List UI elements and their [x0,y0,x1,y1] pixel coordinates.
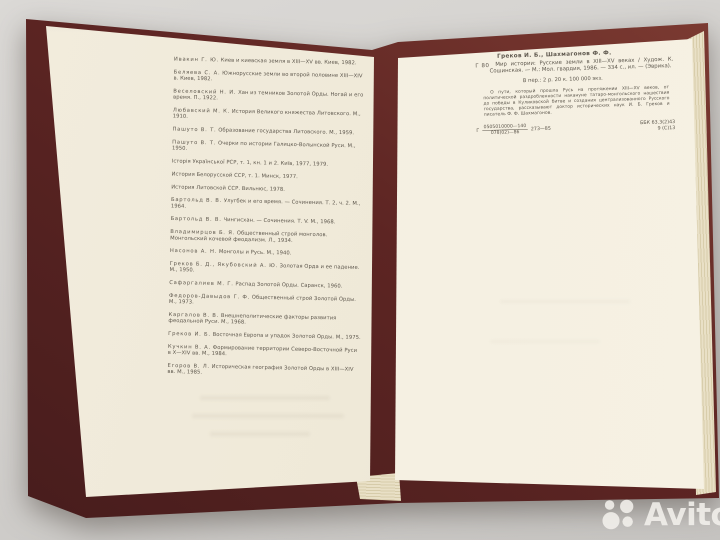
bibliography-author: Веселовский Н. И. [173,88,236,95]
bibliography-author: Федоров-Давыдов Г. Ф. [169,292,250,300]
bibliography-entry: Любавский М. К. История Великого княжест… [173,107,366,123]
bibliography-entry: Беляева С. А. Южнорусские земли во второ… [173,69,366,85]
bibliography-author: Владимирцов Б. Я. [170,229,235,236]
catalog-suffix: 273—85 [531,126,551,132]
bibliography-author: Кучкин В. А. [168,343,211,350]
bibliography-entry: Пашуто В. Т. Образование государства Лит… [172,126,365,136]
imprint-block: Греков И. Б., Шахмагонов Ф. Ф. Г 80 Мир … [474,47,681,137]
catalog-code-left: Г 0505010000—140 078(02)—86 273—85 [476,123,551,136]
bibliography-list: Ивакин Г. Ю. Киев и киевская земля в XII… [167,56,367,386]
bibliography-author: Каргалов В. В. [169,312,220,319]
bibliography-entry: Історія Української РСР, т. 1, кн. 1 и 2… [172,158,365,168]
bibliography-author: Бартольд В. В. [171,197,222,204]
catalog-fraction: 0505010000—140 078(02)—86 [482,124,528,136]
avito-logo-icon [602,496,640,534]
bibliography-author: Любавский М. К. [173,107,230,114]
show-through-text [490,340,600,343]
bibliography-entry: Владимирцов Б. Я. Общественный строй мон… [170,229,363,245]
bbk-codes: ББК 63.3(2)43 9 (С)13 [640,119,675,132]
show-through-text [200,396,330,400]
bibliography-entry: История Белорусской ССР, т. 1. Минск, 19… [171,171,364,181]
show-through-text [210,432,310,436]
bibliography-author: Беляева С. А. [174,69,221,76]
avito-watermark: Avito [602,495,720,535]
price-line: В пер.: 2 р. 20 к. 100 000 экз. [523,73,680,84]
bibliography-author: Егоров В. Л. [167,362,210,369]
bibliography-entry: Пашуто В. Т. Очерки по истории Галицко-В… [172,139,365,155]
bibliography-entry: Греков Б. Д., Якубовский А. Ю. Золотая О… [169,261,362,277]
bibliography-entry: Бартольд В. В. Улугбек и его время. — Со… [171,197,364,213]
bibliography-entry: Федоров-Давыдов Г. Ф. Общественный строй… [169,292,362,308]
bibliography-entry: Егоров В. Л. Историческая география Золо… [167,362,360,378]
bibliography-entry: Каргалов В. В. Внешнеполитические фактор… [168,312,361,328]
annotation-text: О пути, который прошла Русь на протяжени… [483,85,670,117]
bibliography-entry: Бартольд В. В. Чингисхан. — Сочинения. Т… [171,216,364,226]
bibliography-entry: Веселовский Н. И. Хан из темников Золото… [173,88,366,104]
bbk-line-2: 9 (С)13 [640,125,675,132]
bibliography-author: Пашуто В. Т. [172,126,216,133]
bibliography-entry: Греков И. Б. Восточная Европа и упадок З… [168,331,361,341]
bibliography-author: Ивакин Г. Ю. [174,56,219,63]
bibliography-author: Греков Б. Д., Якубовский А. Ю. [170,261,278,269]
catalog-prefix: Г [476,128,479,134]
bibliography-author: Греков И. Б. [168,331,211,338]
bibliography-author: Сафаргалиев М. Г. [169,280,234,287]
show-through-text [192,414,344,418]
bibliography-entry: Кучкин В. А. Формирование территории Сев… [168,343,361,359]
show-through-text [500,300,630,303]
avito-wordmark: Avito [644,495,720,535]
bibliography-author: Насонов А. Н. [170,248,217,255]
bibliography-entry: История Литовской ССР. Вильнюс, 1978. [171,184,364,194]
bibliography-author: Бартольд В. В. [171,216,222,223]
bibliography-entry: Сафаргалиев М. Г. Распад Золотой Орды. С… [169,280,362,290]
bibliography-entry: Насонов А. Н. Монголы и Русь. М., 1940. [170,248,363,258]
catalog-letter-code: Г 80 [475,62,489,69]
bibliography-author: Пашуто В. Т. [172,139,216,146]
book-photo-scene: Ивакин Г. Ю. Киев и киевская земля в XII… [0,0,720,540]
